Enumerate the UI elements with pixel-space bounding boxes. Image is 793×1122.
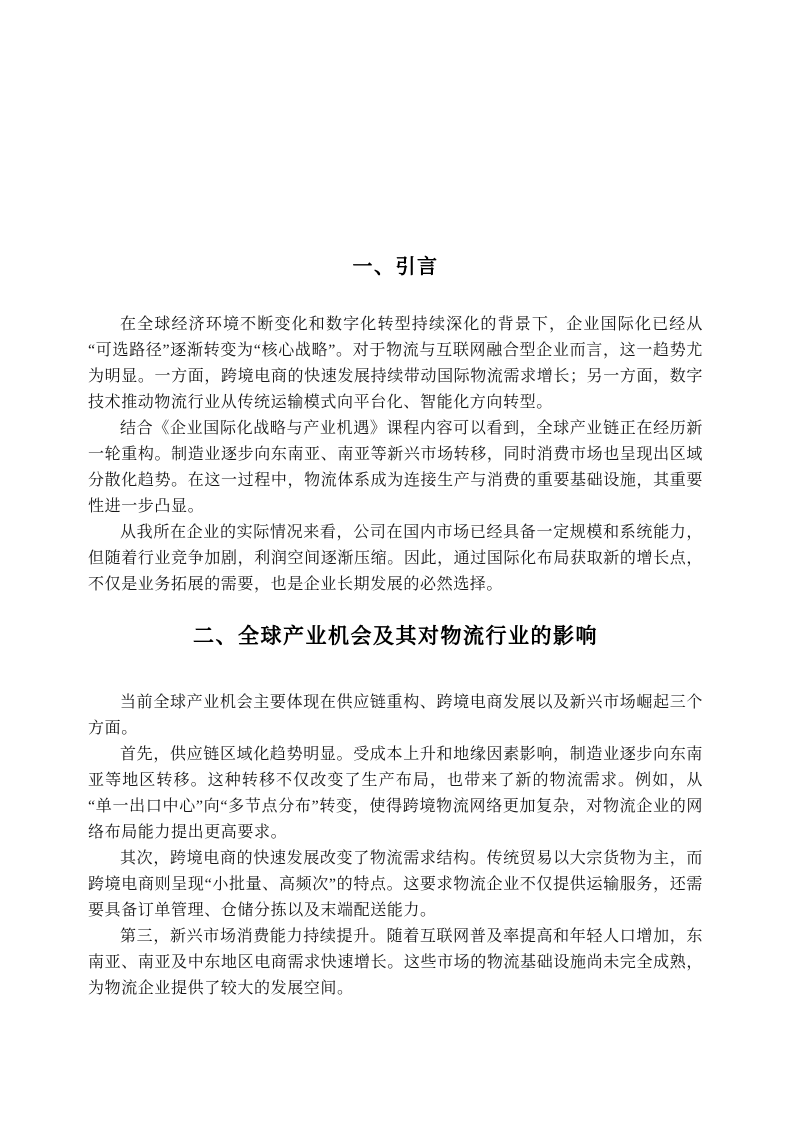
section-2-paragraph-4: 第三，新兴市场消费能力持续提升。随着互联网普及率提高和年轻人口增加，东南亚、南亚… bbox=[88, 924, 703, 1002]
section-introduction: 一、引言 在全球经济环境不断变化和数字化转型持续深化的背景下，企业国际化已经从“… bbox=[88, 252, 703, 598]
section-1-paragraph-2: 结合《企业国际化战略与产业机遇》课程内容可以看到，全球产业链正在经历新一轮重构。… bbox=[88, 416, 703, 520]
section-2-paragraph-3: 其次，跨境电商的快速发展改变了物流需求结构。传统贸易以大宗货物为主，而跨境电商则… bbox=[88, 846, 703, 924]
section-1-heading: 一、引言 bbox=[88, 252, 703, 282]
section-2-heading: 二、全球产业机会及其对物流行业的影响 bbox=[88, 622, 703, 652]
section-global-opportunities: 二、全球产业机会及其对物流行业的影响 当前全球产业机会主要体现在供应链重构、跨境… bbox=[88, 622, 703, 1002]
section-2-paragraph-1: 当前全球产业机会主要体现在供应链重构、跨境电商发展以及新兴市场崛起三个方面。 bbox=[88, 690, 703, 742]
document-page: 一、引言 在全球经济环境不断变化和数字化转型持续深化的背景下，企业国际化已经从“… bbox=[0, 0, 793, 1122]
section-2-paragraph-2: 首先，供应链区域化趋势明显。受成本上升和地缘因素影响，制造业逐步向东南亚等地区转… bbox=[88, 742, 703, 846]
section-1-paragraph-3: 从我所在企业的实际情况来看，公司在国内市场已经具备一定规模和系统能力，但随着行业… bbox=[88, 520, 703, 598]
section-1-paragraph-1: 在全球经济环境不断变化和数字化转型持续深化的背景下，企业国际化已经从“可选路径”… bbox=[88, 312, 703, 416]
